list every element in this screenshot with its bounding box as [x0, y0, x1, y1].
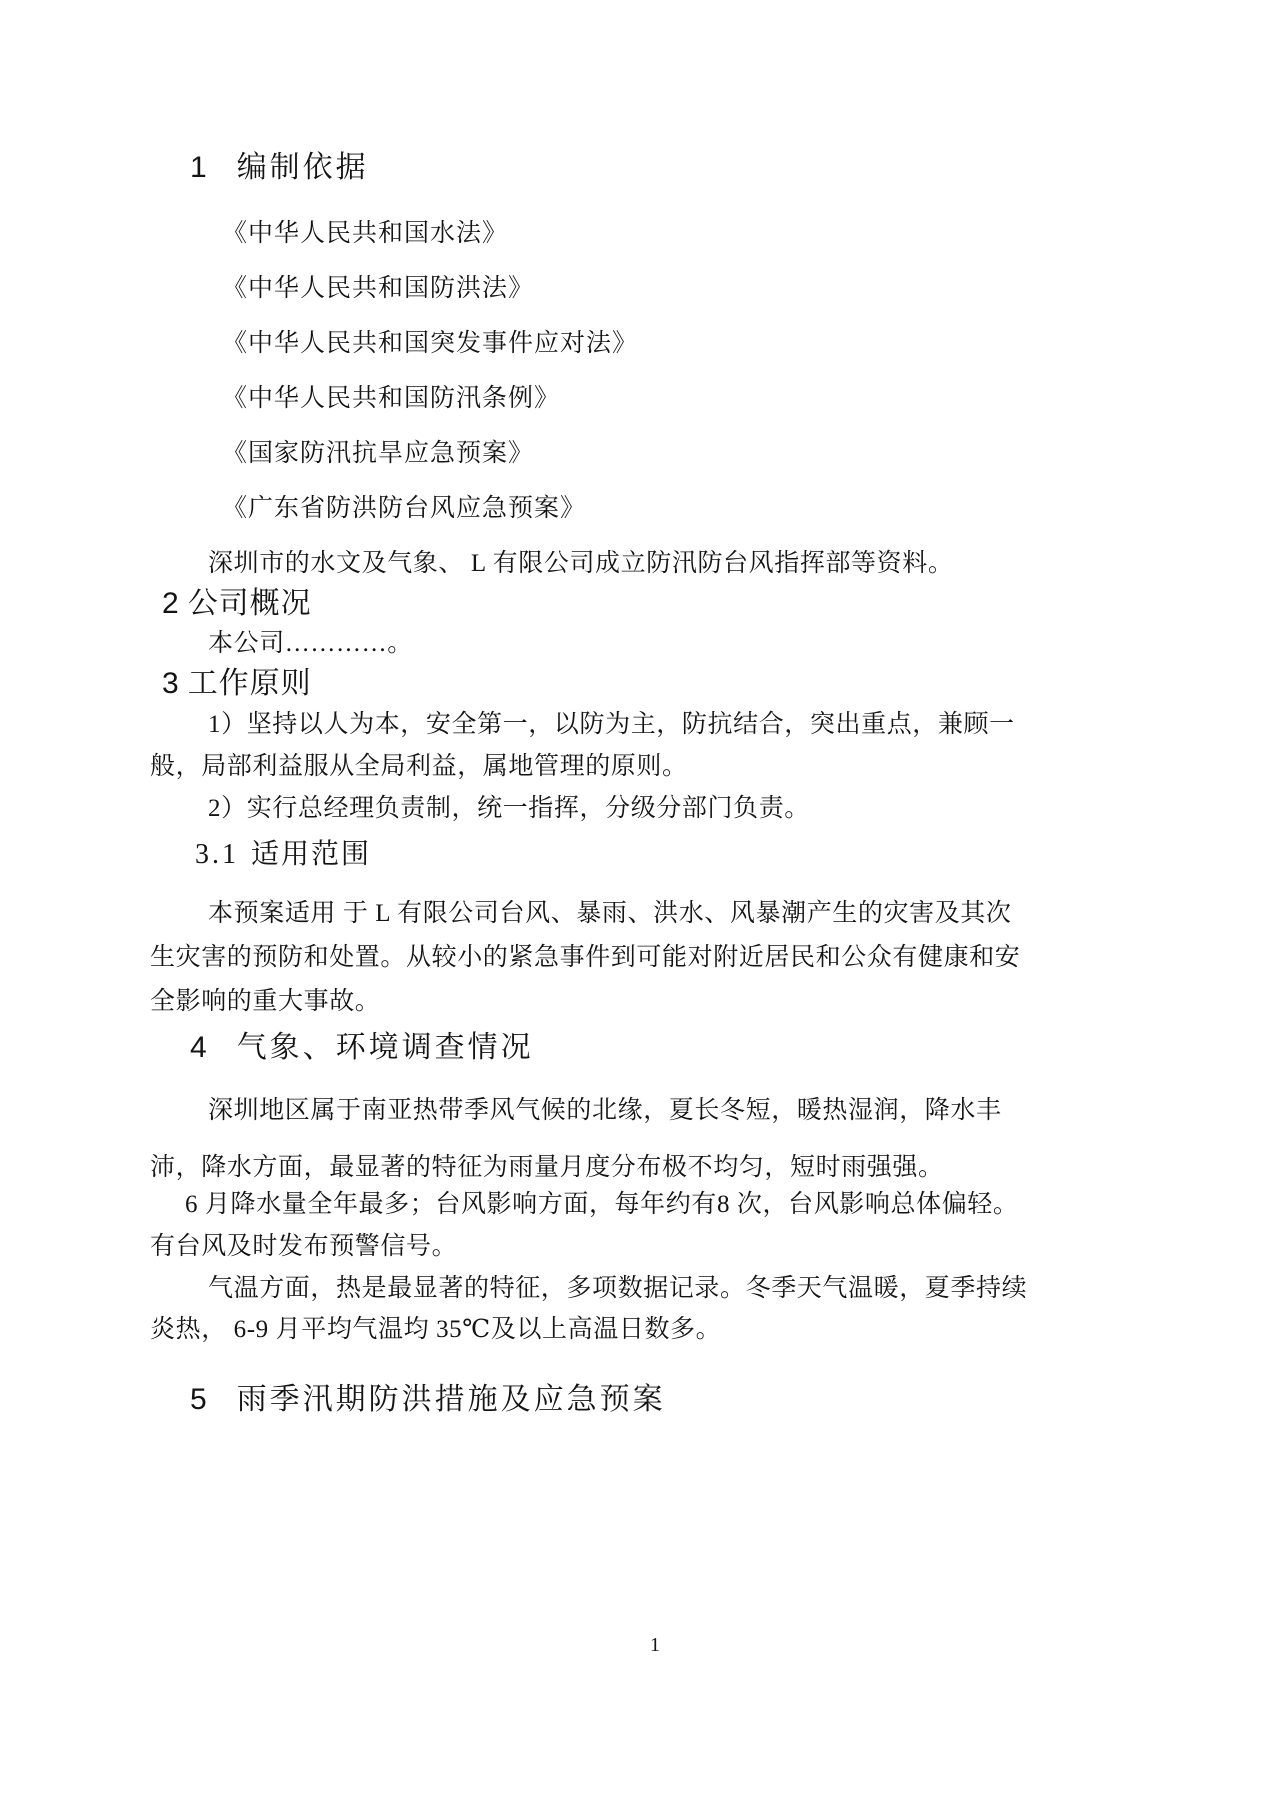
paragraph-climate-typhoon: 6 月降水量全年最多；台风影响方面，每年约有8 次，台风影响总体偏轻。 有台风及… — [150, 1184, 1050, 1268]
section-number: 1 — [190, 151, 207, 184]
section-heading-2: 2公司概况 — [150, 584, 1050, 624]
section-title: 雨季汛期防洪措施及应急预案 — [237, 1383, 666, 1416]
paragraph-principle-1: 1）坚持以人为本，安全第一，以防为主，防抗结合，突出重点，兼顾一 般，局部利益服… — [150, 704, 1050, 788]
section-heading-3-1: 3.1适用范围 — [150, 834, 1050, 876]
section-title: 适用范围 — [251, 839, 371, 870]
document-body: 1编制依据 《中华人民共和国水法》 《中华人民共和国防洪法》 《中华人民共和国突… — [150, 148, 1050, 1420]
section-heading-5: 5雨季汛期防洪措施及应急预案 — [150, 1380, 1050, 1420]
paragraph-scope: 本预案适用 于 L 有限公司台风、暴雨、洪水、风暴潮产生的灾害及其次 生灾害的预… — [150, 892, 1050, 1024]
section-number: 3 — [162, 667, 179, 700]
paragraph-climate-rainfall: 深圳地区属于南亚热带季风气候的北缘，夏长冬短，暖热湿润，降水丰 沛，降水方面，最… — [150, 1082, 1050, 1196]
paragraph-climate-temperature: 气温方面，热是最显著的特征，多项数据记录。冬季天气温暖，夏季持续 炎热， 6-9… — [150, 1268, 1050, 1350]
law-item: 《国家防汛抗旱应急预案》 — [150, 434, 1050, 474]
section-number: 2 — [162, 587, 179, 620]
page-number: 1 — [0, 1634, 1274, 1657]
section-number: 3.1 — [195, 839, 239, 870]
section-heading-1: 1编制依据 — [150, 148, 1050, 188]
section-heading-3: 3工作原则 — [150, 664, 1050, 704]
paragraph-company-overview: 本公司…………。 — [150, 624, 1050, 664]
law-item: 《广东省防洪防台风应急预案》 — [150, 489, 1050, 529]
law-item: 《中华人民共和国水法》 — [150, 214, 1050, 254]
paragraph-principle-2: 2）实行总经理负责制，统一指挥，分级分部门负责。 — [150, 788, 1050, 830]
law-item: 《中华人民共和国突发事件应对法》 — [150, 324, 1050, 364]
section-title: 工作原则 — [188, 667, 312, 700]
section-number: 4 — [190, 1031, 207, 1064]
section-number: 5 — [190, 1383, 207, 1416]
section-title: 气象、环境调查情况 — [237, 1031, 534, 1064]
section-title: 编制依据 — [237, 151, 369, 184]
document-page: 1编制依据 《中华人民共和国水法》 《中华人民共和国防洪法》 《中华人民共和国突… — [0, 0, 1274, 1804]
section-heading-4: 4气象、环境调查情况 — [150, 1028, 1050, 1068]
section-title: 公司概况 — [188, 587, 312, 620]
law-item: 《中华人民共和国防洪法》 — [150, 269, 1050, 309]
law-item: 《中华人民共和国防汛条例》 — [150, 379, 1050, 419]
paragraph-source-materials: 深圳市的水文及气象、 L 有限公司成立防汛防台风指挥部等资料。 — [150, 544, 1050, 584]
